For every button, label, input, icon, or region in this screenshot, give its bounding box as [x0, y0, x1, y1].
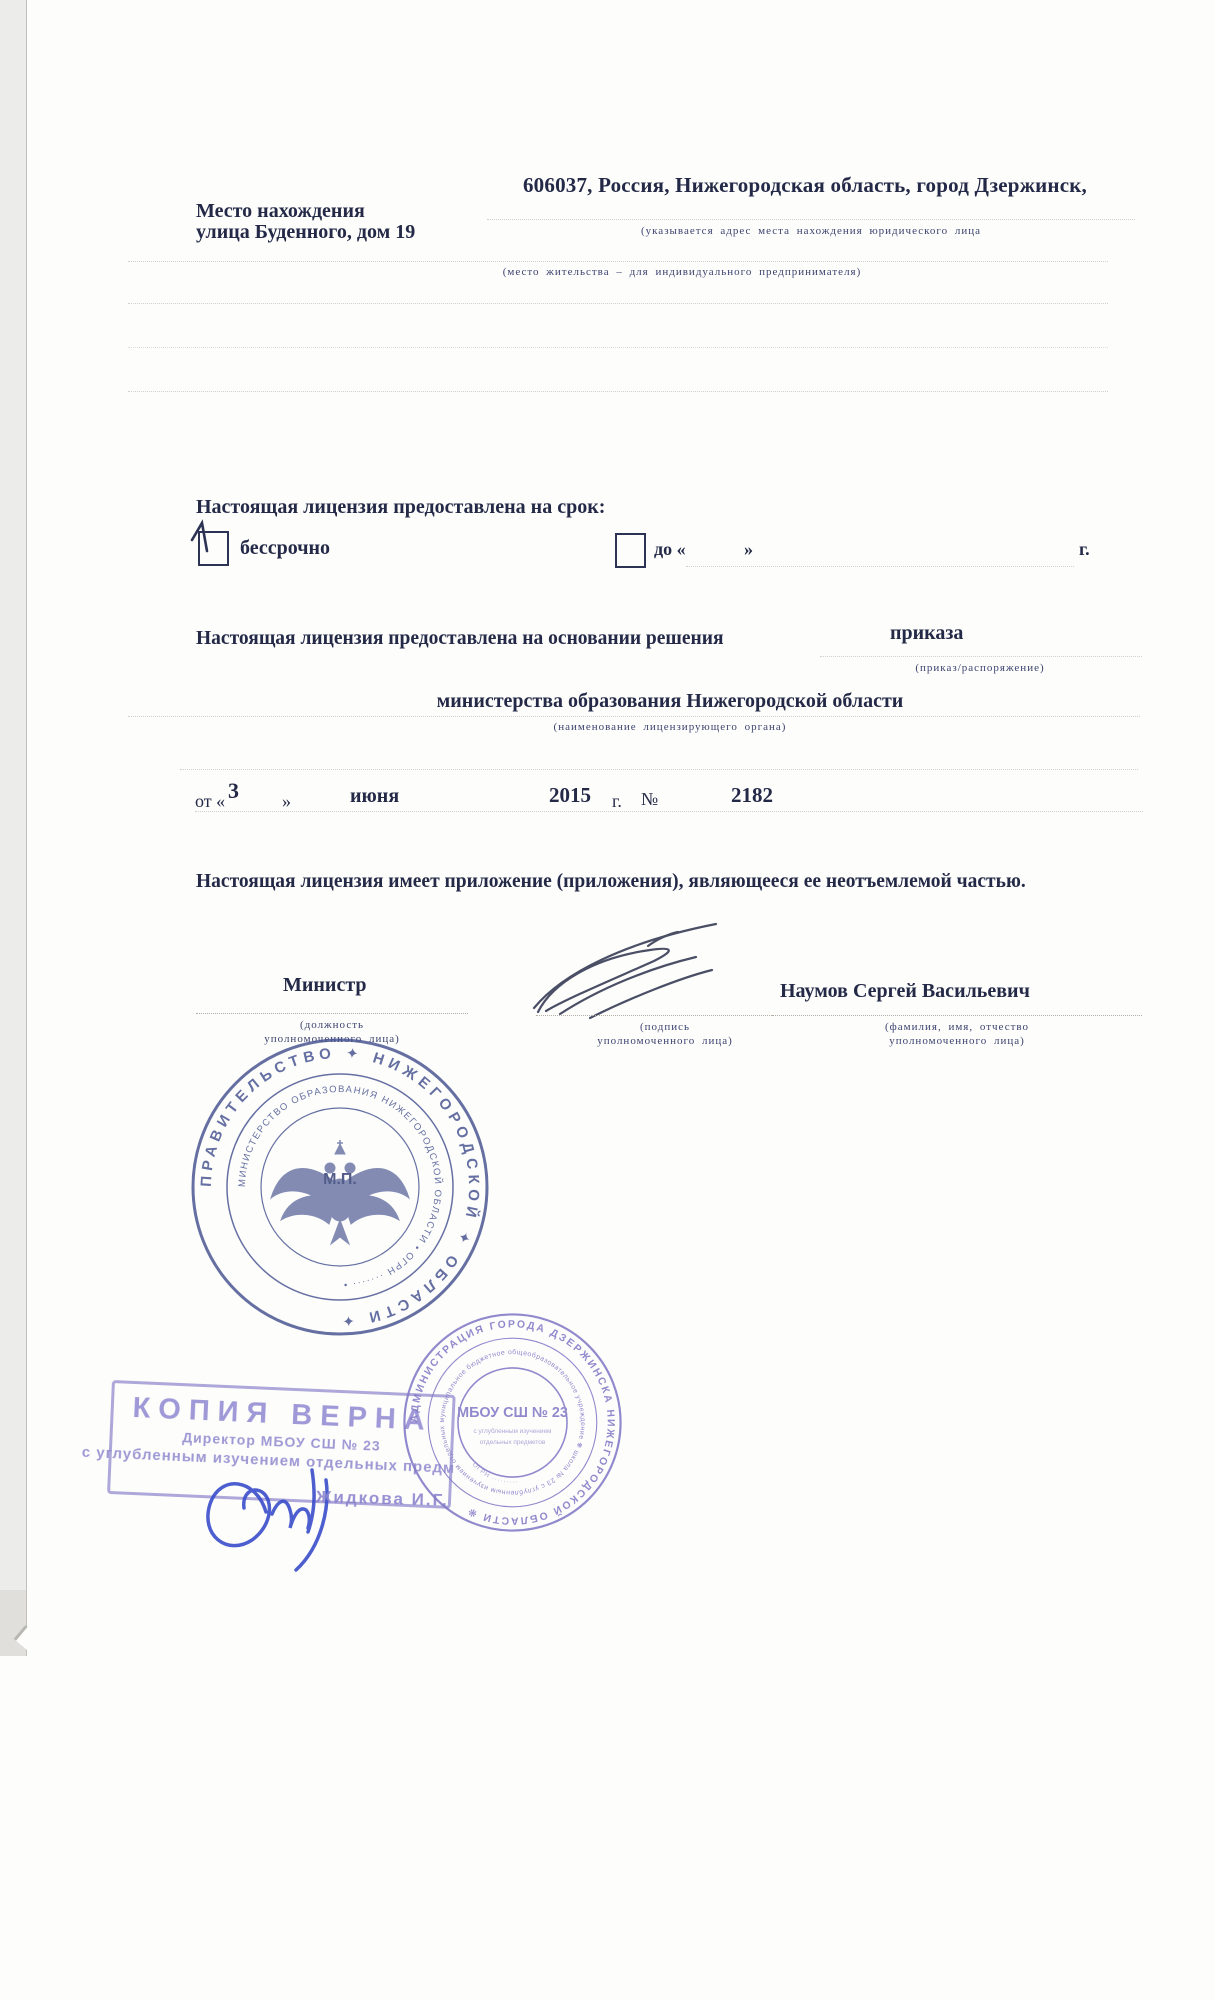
signature-line — [772, 1015, 1142, 1016]
ruled-line — [487, 219, 1135, 220]
sign-caption: (подпись уполномоченного лица) — [536, 1021, 794, 1049]
school-stamp-center-title: МБОУ СШ № 23 — [457, 1405, 568, 1421]
svg-text:муниципальное бюджетное общеоб: муниципальное бюджетное общеобразователь… — [439, 1348, 586, 1497]
date-year-suffix: г. — [612, 791, 622, 812]
name-caption: (фамилия, имя, отчество уполномоченного … — [772, 1021, 1142, 1049]
ministry-stamp-center-text: М.П. — [323, 1171, 357, 1188]
fill-in-line — [820, 656, 1142, 657]
number-sign: № — [641, 789, 658, 810]
date-quote: » — [282, 791, 291, 812]
scan-left-edge — [0, 0, 27, 1656]
perpetual-label: бессрочно — [240, 537, 330, 559]
ruled-line — [128, 391, 1108, 392]
basis-value: приказа — [890, 622, 963, 644]
appendix-line: Настоящая лицензия имеет приложение (при… — [196, 871, 1026, 893]
signatory-position: Министр — [283, 974, 367, 996]
signatory-name: Наумов Сергей Васильевич — [780, 980, 1030, 1002]
school-stamp-center-line2: с углубленным изучением — [474, 1427, 552, 1435]
address-caption: (указывается адрес места нахождения юрид… — [487, 225, 1135, 239]
basis-caption: (приказ/распоряжение) — [815, 662, 1145, 676]
until-checkbox — [615, 533, 646, 568]
residence-caption: (место жительства – для индивидуального … — [452, 266, 912, 280]
ruled-line — [128, 303, 1108, 304]
signature-line — [196, 1013, 468, 1014]
date-day: 3 — [228, 778, 239, 804]
school-stamp-middle-text: муниципальное бюджетное общеобразователь… — [439, 1348, 586, 1497]
until-prefix: до « — [654, 539, 686, 560]
basis-line: Настоящая лицензия предоставлена на осно… — [196, 628, 724, 650]
until-suffix: г. — [1079, 539, 1090, 560]
name-caption-line1: (фамилия, имя, отчество — [885, 1021, 1029, 1033]
fill-in-line — [195, 811, 1143, 812]
scanned-document-page: 606037, Россия, Нижегородская область, г… — [0, 0, 1214, 2000]
address-line: 606037, Россия, Нижегородская область, г… — [470, 174, 1140, 197]
signature-line — [536, 1015, 794, 1016]
date-from: от « — [195, 791, 225, 812]
fill-in-line — [686, 566, 1074, 567]
minister-signature — [528, 912, 753, 1024]
until-quote: » — [744, 539, 753, 560]
term-heading: Настоящая лицензия предоставлена на срок… — [196, 496, 605, 518]
ministry-round-stamp: ПРАВИТЕЛЬСТВО ✦ НИЖЕГОРОДСКОЙ ✦ ОБЛАСТИ … — [185, 1032, 495, 1342]
ruled-line — [180, 769, 1138, 770]
name-caption-line2: уполномоченного лица) — [889, 1035, 1025, 1047]
license-number: 2182 — [731, 783, 773, 808]
director-signature — [192, 1452, 422, 1572]
ruled-line — [128, 261, 1108, 262]
date-year: 2015 — [549, 783, 591, 808]
sign-caption-line2: уполномоченного лица) — [597, 1035, 733, 1047]
school-stamp-center-line3: отдельных предметов — [480, 1439, 546, 1446]
location-label: Место нахождения — [196, 200, 365, 222]
checkmark-icon — [188, 518, 222, 556]
date-month: июня — [350, 785, 399, 807]
position-caption-line1: (должность — [300, 1019, 364, 1031]
address-line2: улица Буденного, дом 19 — [196, 221, 415, 243]
ruled-line — [128, 347, 1108, 348]
sign-caption-line1: (подпись — [640, 1021, 690, 1033]
authority-caption: (наименование лицензирующего органа) — [320, 721, 1020, 735]
authority-value: министерства образования Нижегородской о… — [320, 690, 1020, 712]
school-round-stamp: АДМИНИСТРАЦИЯ ГОРОДА ДЗЕРЖИНСКА НИЖЕГОРО… — [396, 1306, 629, 1539]
ruled-line — [128, 716, 1140, 717]
eagle-emblem-icon — [271, 1140, 409, 1244]
